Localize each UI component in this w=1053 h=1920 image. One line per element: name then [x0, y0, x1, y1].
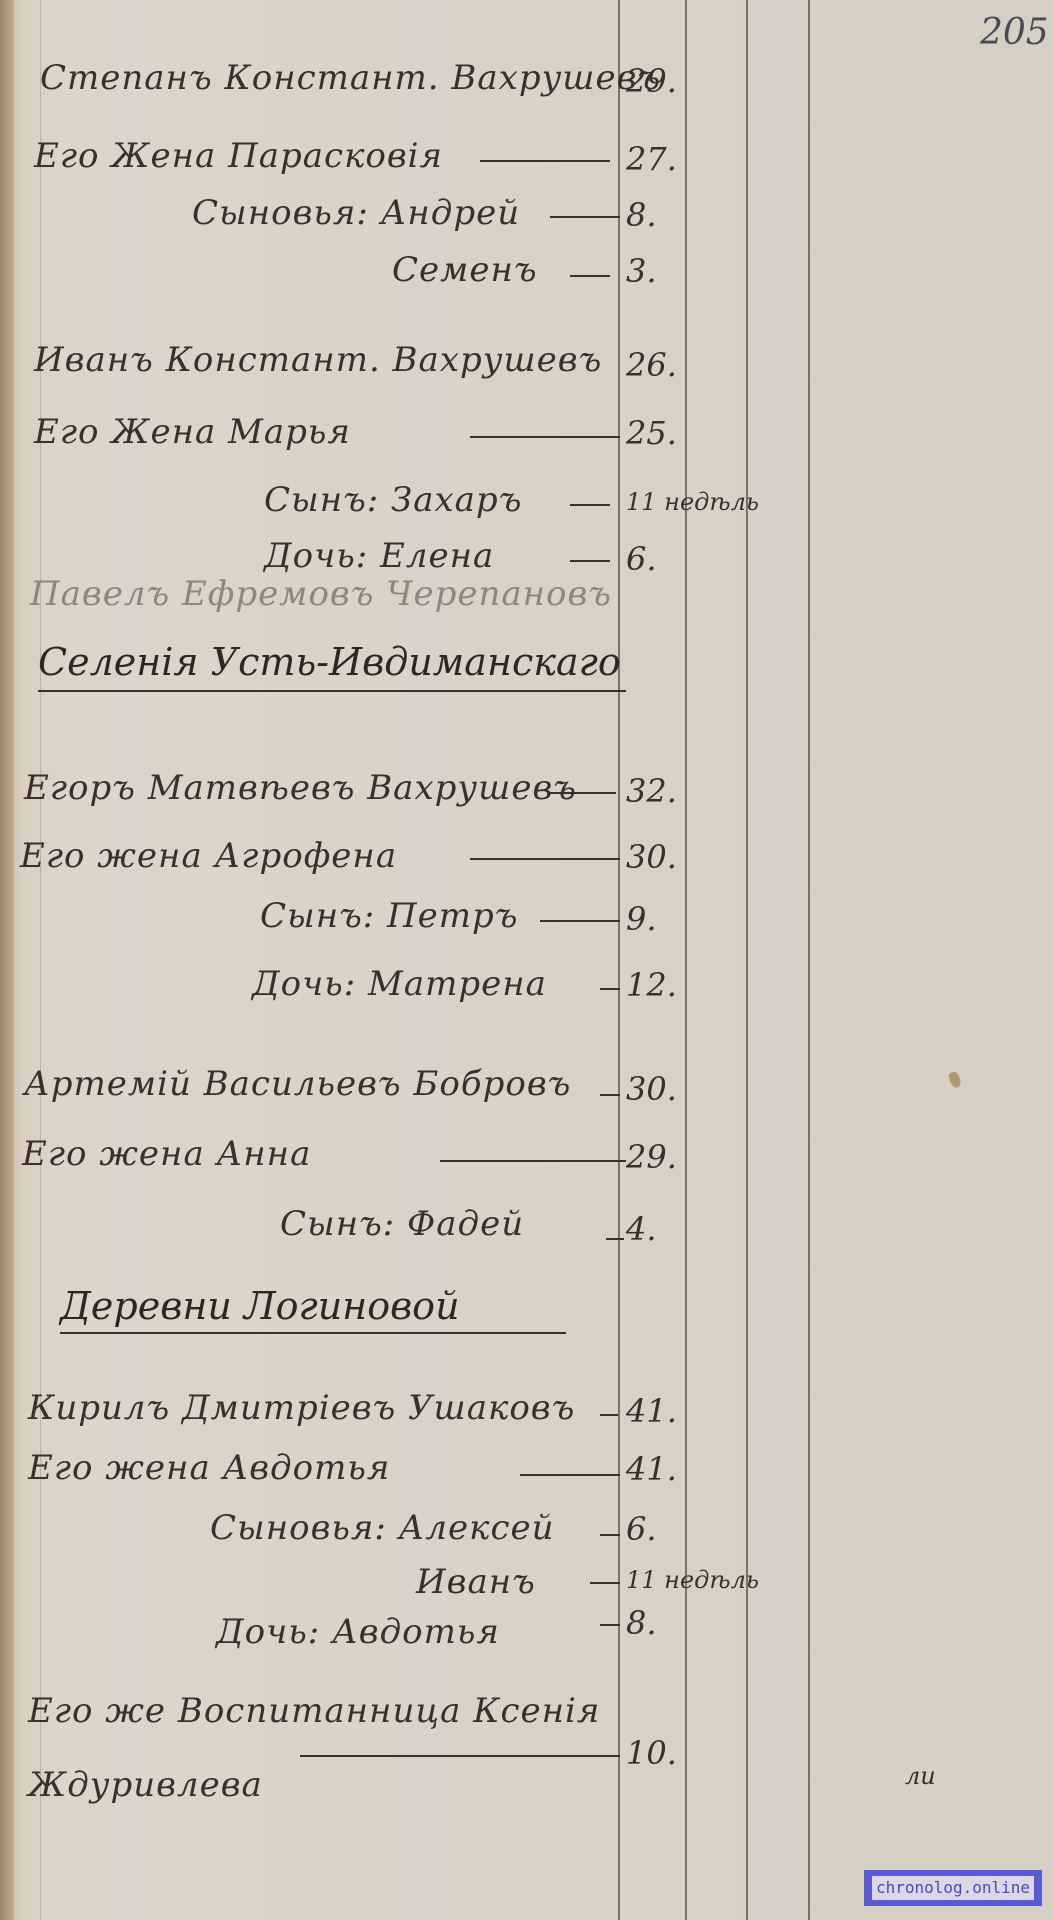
entry-age: 25. [626, 414, 677, 452]
dash-line [470, 436, 620, 438]
entry-age: 9. [626, 900, 657, 938]
entry-age: 30. [626, 838, 677, 876]
watermark-text: chronolog.online [872, 1876, 1034, 1900]
entry-age: 12. [626, 966, 677, 1004]
entry-age: 4. [626, 1210, 657, 1248]
watermark-badge: chronolog.online [864, 1870, 1042, 1906]
entry-text: Его же Воспитанница Ксенія Ждуривлева [28, 1674, 618, 1822]
column-line-4 [808, 0, 810, 1920]
entry-age: 32. [626, 772, 677, 810]
entry-age: 10. [626, 1734, 677, 1772]
entry-text: Сыновья: Алексей [210, 1508, 555, 1548]
entry-text: Егоръ Матвѣевъ Вахрушевъ [24, 768, 577, 808]
dash-line [300, 1755, 620, 1757]
dash-line [600, 1414, 618, 1416]
entry-text: Иванъ Констант. Вахрушевъ [34, 340, 602, 380]
dash-line [470, 858, 620, 860]
entry-text: Его Жена Парасковія [34, 136, 443, 176]
entry-age: 41. [626, 1450, 677, 1488]
paper-stain [948, 1071, 963, 1089]
entry-text: Его жена Авдотья [28, 1448, 390, 1488]
dash-line [570, 560, 610, 562]
margin-note: ли [905, 1762, 936, 1790]
column-line-2 [685, 0, 687, 1920]
entry-age: 8. [626, 196, 657, 234]
entry-age: 27. [626, 140, 677, 178]
section-heading: Селенія Усть-Ивдиманскаго [38, 640, 621, 684]
column-line-3 [746, 0, 748, 1920]
entry-text: Дочь: Авдотья [216, 1612, 500, 1652]
entry-text: Иванъ [416, 1562, 536, 1602]
entry-text: Дочь: Елена [264, 536, 494, 576]
entry-text-faded: Павелъ Ефремовъ Черепановъ [30, 574, 612, 614]
entry-text: Кирилъ Дмитріевъ Ушаковъ [28, 1388, 575, 1428]
entry-age: 26. [626, 346, 677, 384]
entry-text: Сынъ: Петръ [260, 896, 518, 936]
dash-line [590, 1582, 620, 1584]
dash-line [606, 1238, 624, 1240]
entry-age: 29. [626, 62, 677, 100]
dash-line [520, 1474, 620, 1476]
entry-text: Артемій Васильевъ Бобровъ [24, 1064, 571, 1104]
ledger-page: 205 Степанъ Констант. Вахрушевъ 29. Его … [0, 0, 1053, 1920]
entry-age: 8. [626, 1604, 657, 1642]
entry-age-note: 11 недѣль [626, 1566, 759, 1594]
entry-text: Сынъ: Фадей [280, 1204, 524, 1244]
left-margin-line [40, 0, 41, 1920]
entry-age: 30. [626, 1070, 677, 1108]
dash-line [600, 1624, 620, 1626]
dash-line [480, 160, 610, 162]
dash-line [540, 920, 620, 922]
dash-line [600, 1534, 620, 1536]
entry-text: Сыновья: Андрей [192, 193, 520, 233]
entry-age: 6. [626, 540, 657, 578]
heading-underline [38, 690, 626, 692]
entry-age: 3. [626, 252, 657, 290]
entry-age-note: 11 недѣль [626, 488, 759, 516]
entry-text: Дочь: Матрена [252, 964, 547, 1004]
book-spine-shadow [0, 0, 14, 1920]
heading-underline [60, 1332, 566, 1334]
entry-text: Степанъ Констант. Вахрушевъ [40, 58, 661, 98]
entry-text: Семенъ [392, 250, 538, 290]
dash-line [440, 1160, 626, 1162]
page-number: 205 [980, 12, 1049, 53]
entry-text: Его Жена Марья [34, 412, 351, 452]
section-heading: Деревни Логиновой [60, 1284, 460, 1328]
entry-text: Сынъ: Захаръ [264, 480, 522, 520]
entry-age: 29. [626, 1138, 677, 1176]
entry-age: 41. [626, 1392, 677, 1430]
dash-line [570, 275, 610, 277]
dash-line [570, 504, 610, 506]
entry-text: Его жена Агрофена [20, 836, 397, 876]
column-line-age [618, 0, 620, 1920]
entry-text: Его жена Анна [22, 1134, 311, 1174]
dash-line [550, 216, 620, 218]
dash-line [550, 792, 616, 794]
dash-line [600, 1094, 620, 1096]
dash-line [600, 988, 620, 990]
entry-age: 6. [626, 1510, 657, 1548]
